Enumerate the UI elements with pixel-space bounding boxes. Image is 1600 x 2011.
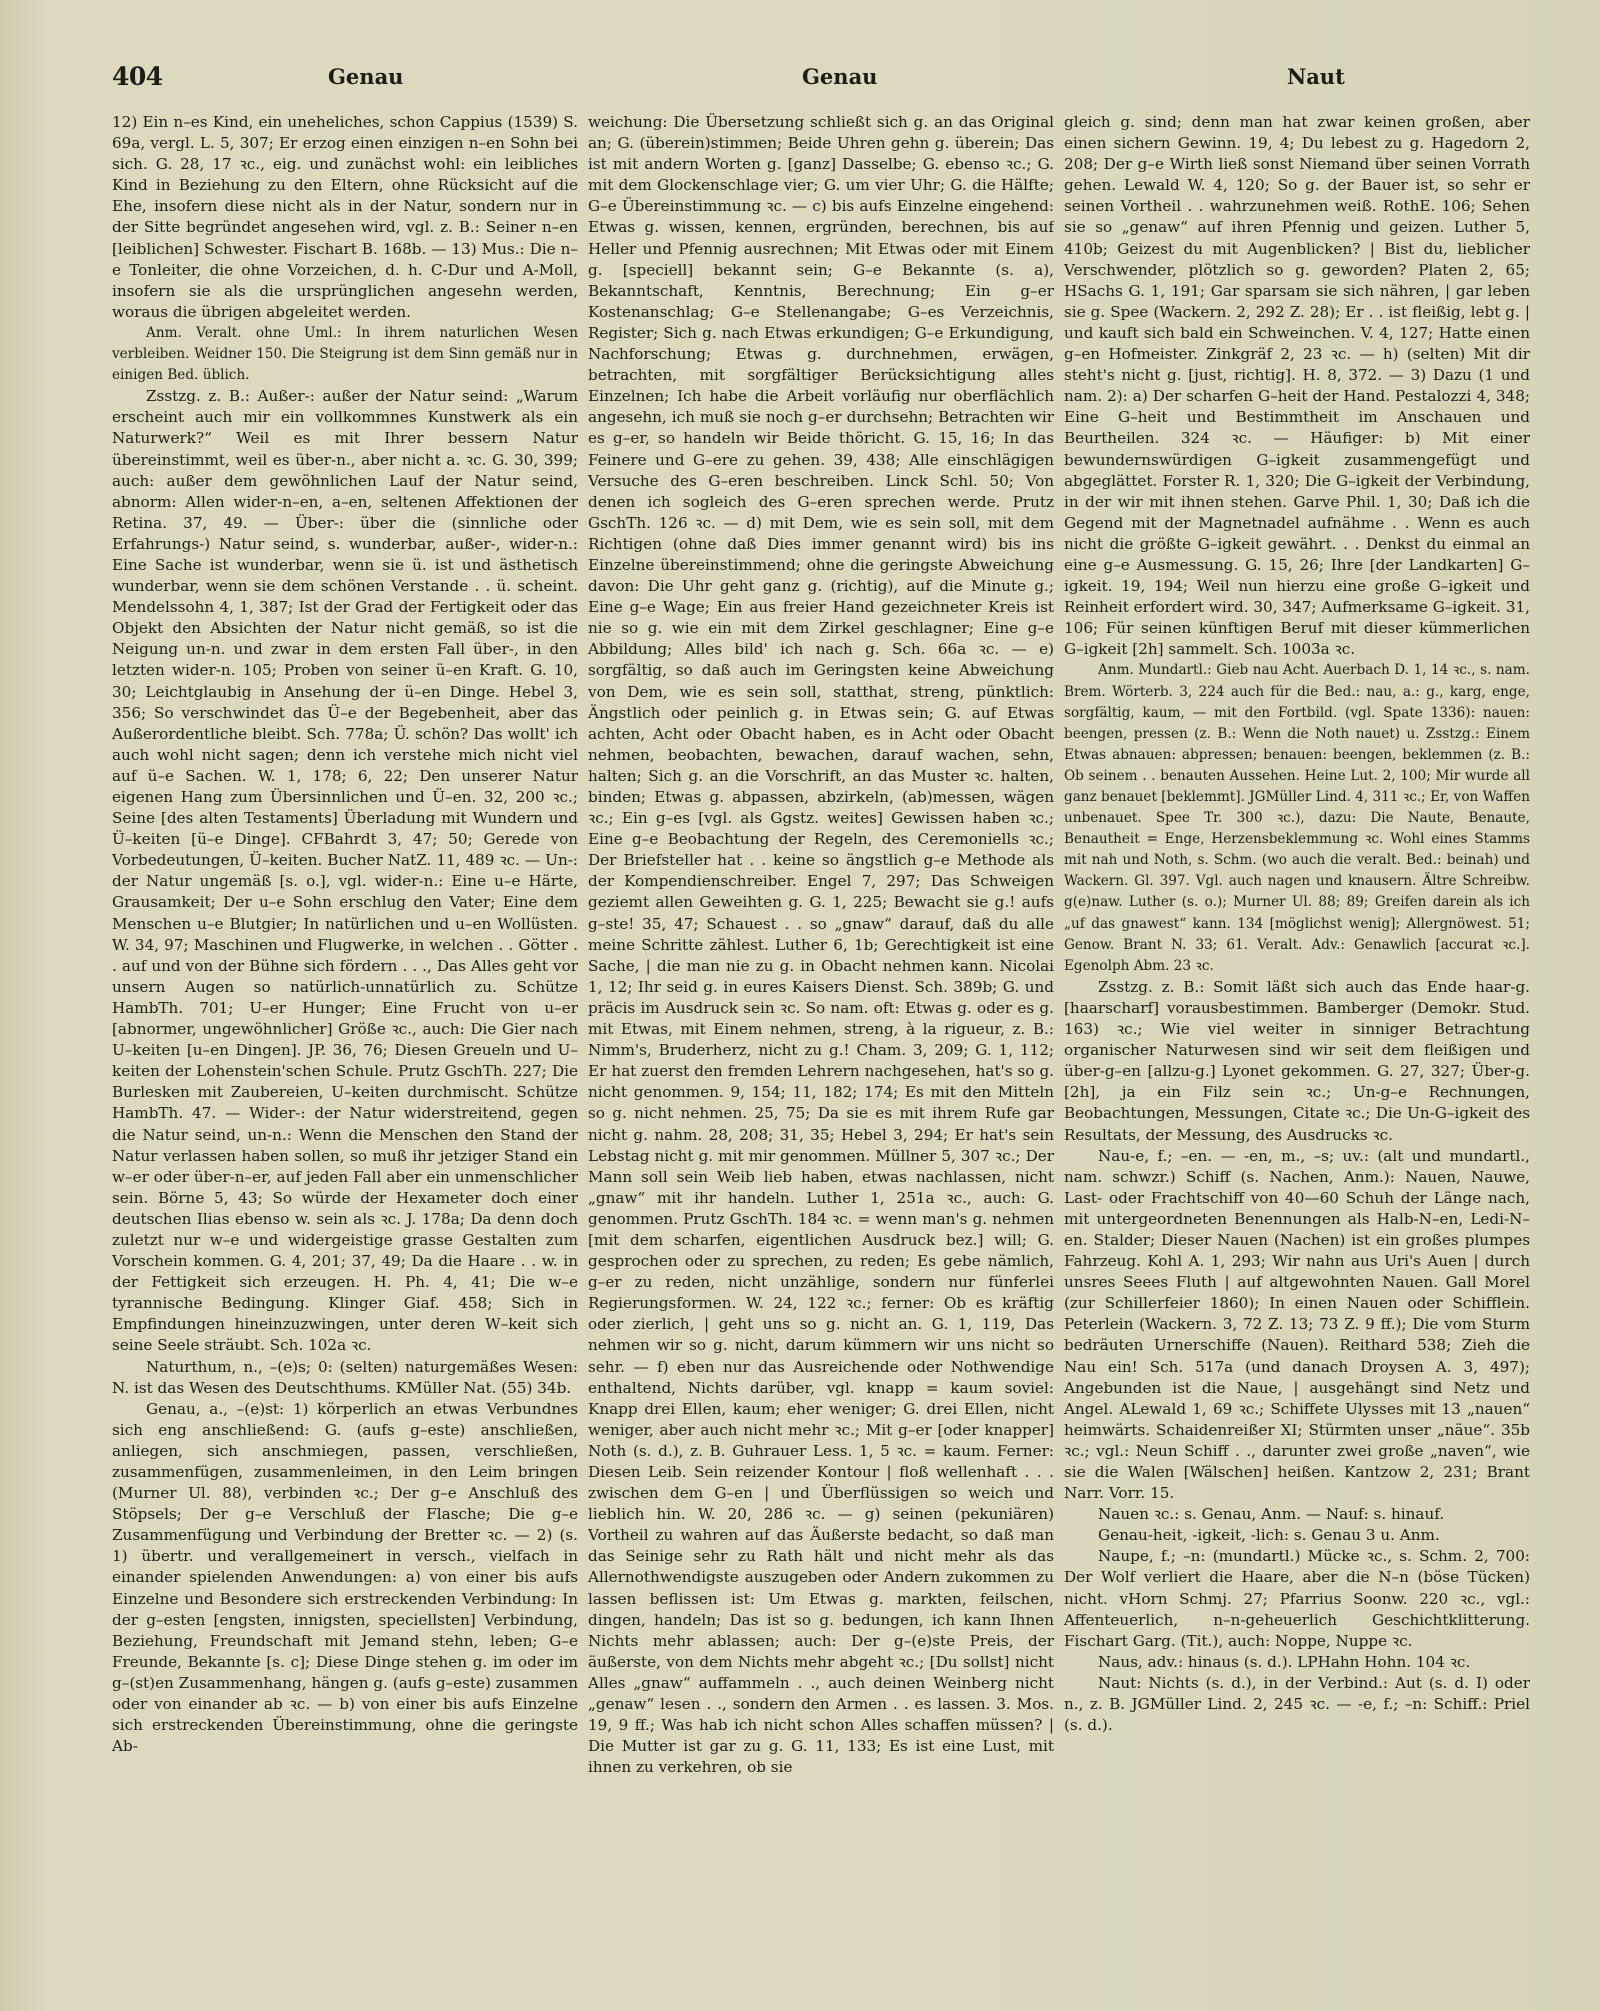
entry-paragraph: Genau, a., –(e)st: 1) körperlich an etwa… xyxy=(112,1399,578,1758)
entry-note: Anm. Veralt. ohne Uml.: In ihrem naturli… xyxy=(112,323,578,386)
entry-paragraph: Nauen ꝛc.: s. Genau, Anm. — Nauf: s. hin… xyxy=(1064,1504,1530,1525)
entry-paragraph: gleich g. sind; denn man hat zwar keinen… xyxy=(1064,112,1530,660)
column-left: 12) Ein n–es Kind, ein uneheliches, scho… xyxy=(112,112,578,1892)
header-keyword-center: Genau xyxy=(802,64,877,89)
text-columns: 12) Ein n–es Kind, ein uneheliches, scho… xyxy=(112,112,1530,1892)
entry-paragraph: Genau-heit, -igkeit, -lich: s. Genau 3 u… xyxy=(1064,1525,1530,1546)
entry-paragraph: Naus, adv.: hinaus (s. d.). LPHahn Hohn.… xyxy=(1064,1652,1530,1673)
entry-paragraph: Nau-e, f.; –en. — -en, m., –s; uv.: (alt… xyxy=(1064,1146,1530,1505)
header-keyword-left: Genau xyxy=(328,64,403,89)
page-number: 404 xyxy=(112,62,163,91)
entry-paragraph: Naupe, f.; –n: (mundartl.) Mücke ꝛc., s.… xyxy=(1064,1546,1530,1651)
dictionary-page: 404 Genau Genau Naut 12) Ein n–es Kind, … xyxy=(0,0,1600,2011)
entry-note: Anm. Mundartl.: Gieb nau Acht. Auerbach … xyxy=(1064,660,1530,976)
header-keyword-right: Naut xyxy=(1287,64,1345,89)
column-right: gleich g. sind; denn man hat zwar keinen… xyxy=(1064,112,1530,1892)
page-header: 404 Genau Genau Naut xyxy=(112,58,1522,98)
entry-paragraph: Zsstzg. z. B.: Außer-: außer der Natur s… xyxy=(112,386,578,1356)
entry-paragraph: weichung: Die Übersetzung schließt sich … xyxy=(588,112,1054,1778)
entry-paragraph: Naut: Nichts (s. d.), in der Verbind.: A… xyxy=(1064,1673,1530,1736)
column-middle: weichung: Die Übersetzung schließt sich … xyxy=(588,112,1054,1892)
entry-paragraph: Zsstzg. z. B.: Somit läßt sich auch das … xyxy=(1064,977,1530,1146)
entry-paragraph: Naturthum, n., –(e)s; 0: (selten) naturg… xyxy=(112,1357,578,1399)
entry-paragraph: 12) Ein n–es Kind, ein uneheliches, scho… xyxy=(112,112,578,323)
